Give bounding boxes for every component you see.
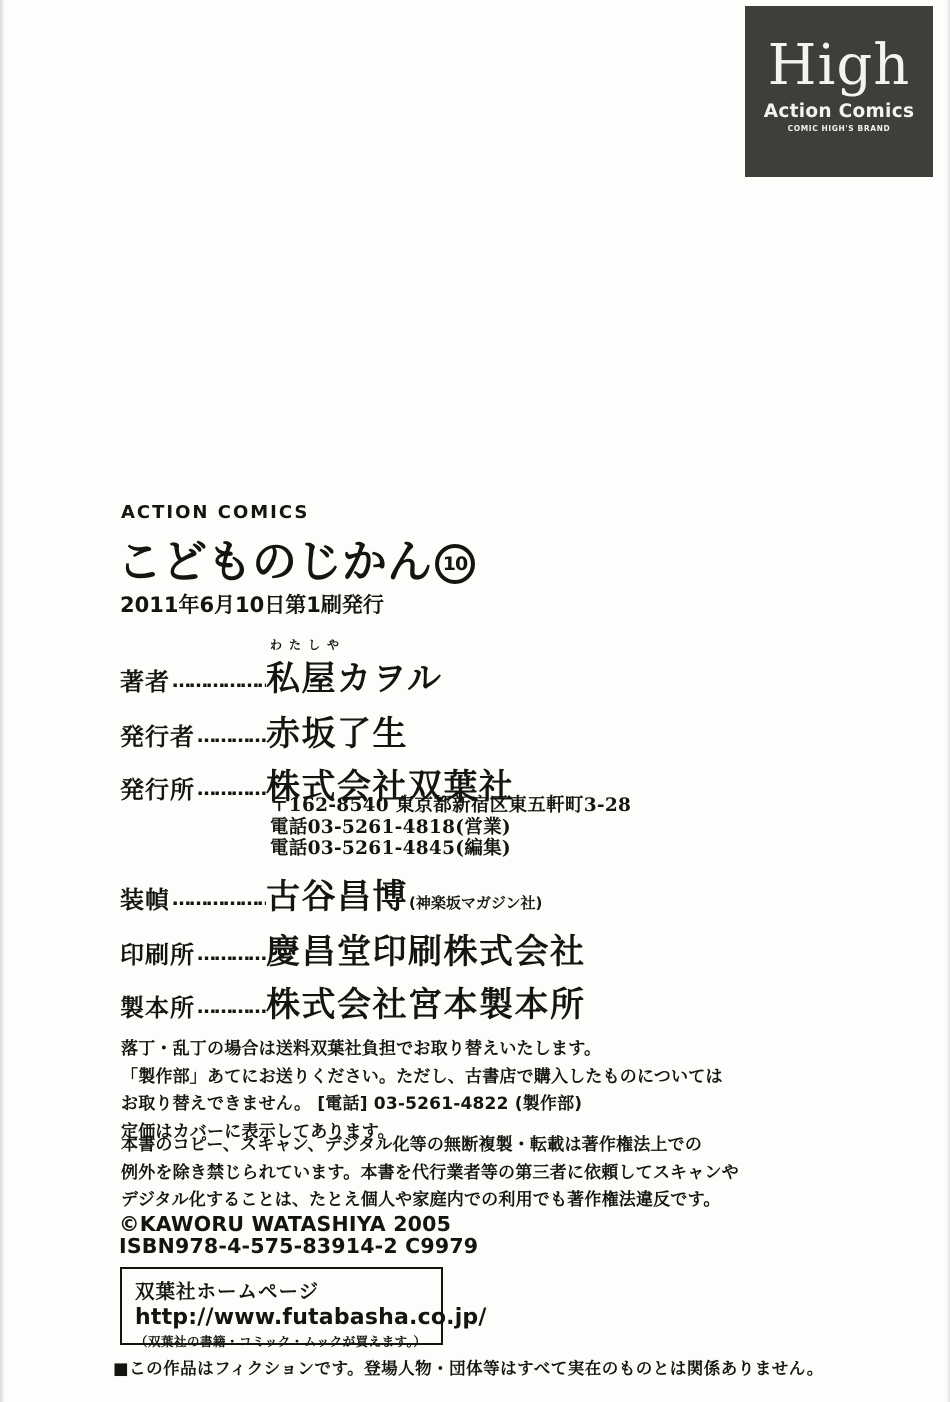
credit-label-cell: 印刷所 ……………………… (120, 935, 266, 970)
credit-label: 装幀 (120, 880, 170, 915)
credit-label: 発行者 (120, 717, 195, 752)
replacement-notice-line: 落丁・乱丁の場合は送料双葉社負担でお取り替えいたします。 (121, 1036, 723, 1064)
comic-high-brand-box: High Action Comics COMIC HIGH'S BRAND (745, 6, 933, 177)
bindery-company-name: 株式会社宮本製本所 (266, 977, 586, 1026)
dotted-leader: ……………………… (195, 943, 266, 965)
credit-row-author: 著者 ……………………… わたしや 私屋カヲル (120, 651, 740, 700)
copyright-law-notice: 本書のコピー、スキャン、デジタル化等の無断複製・転載は著作権法上での 例外を除き… (121, 1132, 739, 1215)
credit-label-cell: 製本所 ……………………… (120, 988, 266, 1023)
homepage-url: http://www.futabasha.co.jp/ (135, 1305, 441, 1330)
volume-number-badge: 10 (435, 544, 475, 584)
dotted-leader: ……………………… (170, 670, 266, 692)
publisher-person-name: 赤坂了生 (266, 706, 408, 755)
dotted-leader: ……………………… (195, 778, 266, 800)
homepage-note: （双葉社の書籍・コミック・ムックが買えます。） (135, 1332, 441, 1350)
copyright-law-notice-line: 本書のコピー、スキャン、デジタル化等の無断複製・転載は著作権法上での (121, 1132, 739, 1160)
brand-high-logo: High (745, 38, 933, 94)
credit-label-cell: 発行所 ……………………… (120, 770, 266, 805)
credit-row-bindery: 製本所 ……………………… 株式会社宮本製本所 (120, 977, 740, 1026)
credit-label-cell: 装幀 ……………………… (120, 880, 266, 915)
publisher-postal-address: 〒162-8540 東京都新宿区東五軒町3-28 (270, 795, 631, 817)
credit-label: 著者 (120, 662, 170, 697)
homepage-title: 双葉社ホームページ (135, 1276, 441, 1304)
printer-company-name: 慶昌堂印刷株式会社 (266, 924, 586, 973)
credit-row-printer: 印刷所 ……………………… 慶昌堂印刷株式会社 (120, 924, 740, 973)
author-name-text: 私屋カヲル (266, 659, 442, 699)
print-date-line: 2011年6月10日第1刷発行 (120, 589, 384, 619)
isbn-line: ISBN978-4-575-83914-2 C9979 (119, 1235, 478, 1257)
copyright-holder-line: ©KAWORU WATASHIYA 2005 (119, 1213, 478, 1235)
credit-label-cell: 発行者 ……………………… (120, 717, 266, 752)
designer-name-text: 古谷昌博 (266, 877, 408, 917)
book-title-row: こどものじかん 10 (117, 536, 475, 588)
scan-edge-right (946, 0, 950, 1402)
credit-label: 印刷所 (120, 935, 195, 970)
credit-label: 製本所 (120, 988, 195, 1023)
scan-edge-left (0, 0, 5, 1402)
publisher-address-block: 〒162-8540 東京都新宿区東五軒町3-28 電話03-5261-4818(… (270, 795, 631, 860)
replacement-notice-line: お取り替えできません。 [電話] 03-5261-4822 (製作部) (121, 1091, 723, 1119)
credit-row-publisher-person: 発行者 ……………………… 赤坂了生 (120, 706, 740, 755)
colophon-page: High Action Comics COMIC HIGH'S BRAND AC… (0, 0, 950, 1402)
publisher-homepage-box: 双葉社ホームページ http://www.futabasha.co.jp/ （双… (120, 1267, 443, 1345)
publisher-phone-editorial: 電話03-5261-4845(編集) (270, 838, 631, 860)
fiction-disclaimer: ■この作品はフィクションです。登場人物・団体等はすべて実在のものとは関係ありませ… (113, 1355, 824, 1379)
brand-tagline: COMIC HIGH'S BRAND (745, 124, 933, 133)
credit-row-book-design: 装幀 ……………………… 古谷昌博(神楽坂マガジン社) (120, 869, 740, 918)
dotted-leader: ……………………… (170, 888, 266, 910)
credit-label: 発行所 (120, 770, 195, 805)
publisher-phone-sales: 電話03-5261-4818(営業) (270, 817, 631, 839)
imprint-label: ACTION COMICS (121, 502, 309, 523)
author-name: わたしや 私屋カヲル (266, 651, 442, 700)
credit-label-cell: 著者 ……………………… (120, 662, 266, 697)
designer-name: 古谷昌博(神楽坂マガジン社) (266, 869, 542, 918)
brand-action-comics-label: Action Comics (745, 101, 933, 122)
copyright-block: ©KAWORU WATASHIYA 2005 ISBN978-4-575-839… (119, 1213, 478, 1257)
author-furigana: わたしや (270, 636, 346, 653)
replacement-notice-line: 「製作部」あてにお送りください。ただし、古書店で購入したものについては (121, 1064, 723, 1092)
replacement-notice: 落丁・乱丁の場合は送料双葉社負担でお取り替えいたします。 「製作部」あてにお送り… (121, 1036, 723, 1146)
designer-affiliation: (神楽坂マガジン社) (409, 894, 542, 912)
copyright-law-notice-line: デジタル化することは、たとえ個人や家庭内での利用でも著作権法違反です。 (121, 1187, 739, 1215)
dotted-leader: ……………………… (195, 996, 266, 1018)
book-title: こどものじかん (117, 536, 432, 588)
copyright-law-notice-line: 例外を除き禁じられています。本書を代行業者等の第三者に依頼してスキャンや (121, 1160, 739, 1188)
dotted-leader: ……………………… (195, 725, 266, 747)
